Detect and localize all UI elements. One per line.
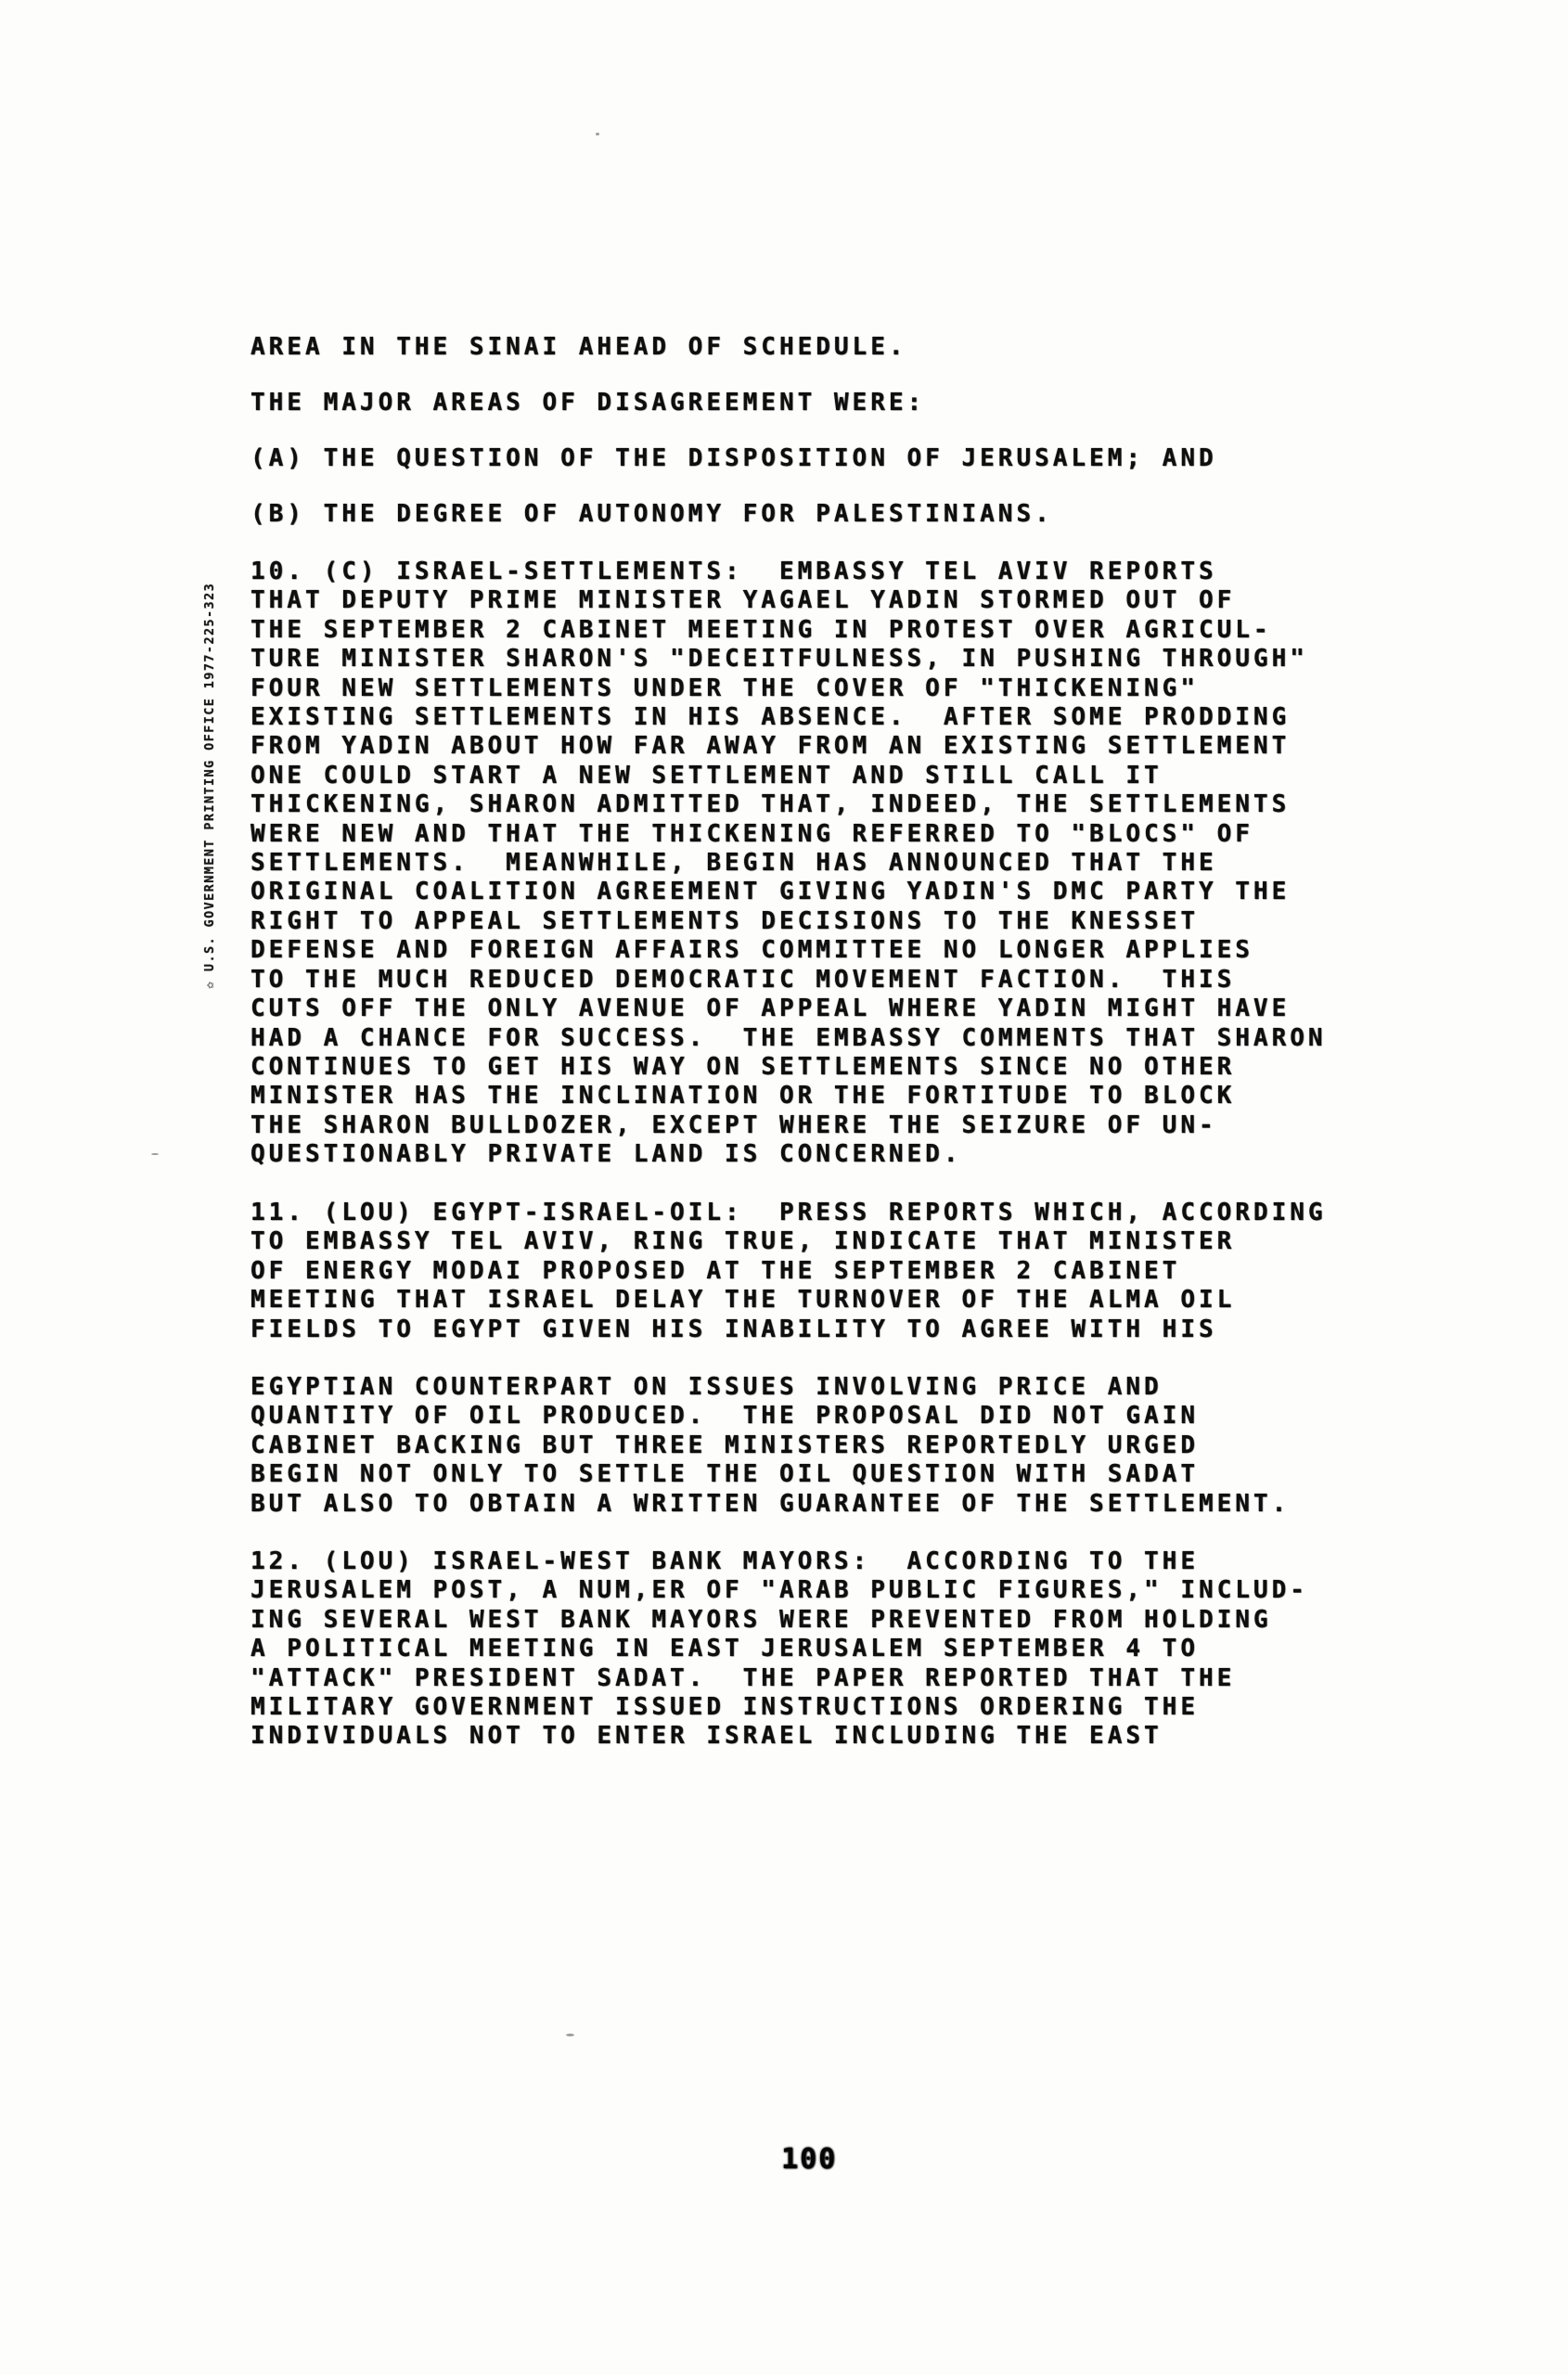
text-line: TURE MINISTER SHARON'S "DECEITFULNESS, I… [251,645,1327,674]
gpo-printing-office-note: ✩ U.S. GOVERNMENT PRINTING OFFICE 1977-2… [202,583,217,989]
text-line: CABINET BACKING BUT THREE MINISTERS REPO… [251,1431,1290,1460]
text-line: MEETING THAT ISRAEL DELAY THE TURNOVER O… [251,1286,1327,1315]
text-line: DEFENSE AND FOREIGN AFFAIRS COMMITTEE NO… [251,936,1327,965]
paragraph-12-israel-west-bank-mayors: 12. (LOU) ISRAEL-WEST BANK MAYORS: ACCOR… [251,1547,1308,1752]
text-line: AREA IN THE SINAI AHEAD OF SCHEDULE. [251,319,1217,375]
paragraph-11-continuation: EGYPTIAN COUNTERPART ON ISSUES INVOLVING… [251,1373,1290,1519]
text-line: RIGHT TO APPEAL SETTLEMENTS DECISIONS TO… [251,907,1327,936]
text-line: THE SHARON BULLDOZER, EXCEPT WHERE THE S… [251,1111,1327,1140]
scan-speck [566,2034,574,2036]
text-line: EXISTING SETTLEMENTS IN HIS ABSENCE. AFT… [251,703,1327,732]
text-line: TO THE MUCH REDUCED DEMOCRATIC MOVEMENT … [251,966,1327,995]
text-line: FIELDS TO EGYPT GIVEN HIS INABILITY TO A… [251,1316,1327,1344]
text-line: A POLITICAL MEETING IN EAST JERUSALEM SE… [251,1635,1308,1663]
text-line: QUESTIONABLY PRIVATE LAND IS CONCERNED. [251,1140,1327,1169]
text-line: CUTS OFF THE ONLY AVENUE OF APPEAL WHERE… [251,995,1327,1023]
text-line: THE MAJOR AREAS OF DISAGREEMENT WERE: [251,375,1217,430]
scan-speck [596,133,599,135]
text-line: JERUSALEM POST, A NUM,ER OF "ARAB PUBLIC… [251,1576,1308,1605]
text-line: OF ENERGY MODAI PROPOSED AT THE SEPTEMBE… [251,1257,1327,1286]
text-line: "ATTACK" PRESIDENT SADAT. THE PAPER REPO… [251,1664,1308,1693]
text-line: FOUR NEW SETTLEMENTS UNDER THE COVER OF … [251,674,1327,703]
text-line: SETTLEMENTS. MEANWHILE, BEGIN HAS ANNOUN… [251,849,1327,878]
text-line: ORIGINAL COALITION AGREEMENT GIVING YADI… [251,878,1327,906]
text-line: THE SEPTEMBER 2 CABINET MEETING IN PROTE… [251,616,1327,645]
text-line: THICKENING, SHARON ADMITTED THAT, INDEED… [251,790,1327,819]
text-line: ONE COULD START A NEW SETTLEMENT AND STI… [251,762,1327,790]
text-line: (B) THE DEGREE OF AUTONOMY FOR PALESTINI… [251,486,1217,542]
paragraph-11-egypt-israel-oil: 11. (LOU) EGYPT-ISRAEL-OIL: PRESS REPORT… [251,1199,1327,1344]
text-line: CONTINUES TO GET HIS WAY ON SETTLEMENTS … [251,1053,1327,1082]
intro-paragraph: AREA IN THE SINAI AHEAD OF SCHEDULE.THE … [251,319,1217,542]
text-line: MILITARY GOVERNMENT ISSUED INSTRUCTIONS … [251,1693,1308,1722]
text-line: THAT DEPUTY PRIME MINISTER YAGAEL YADIN … [251,586,1327,615]
scanned-document-page: ✩ U.S. GOVERNMENT PRINTING OFFICE 1977-2… [0,0,1568,2375]
paragraph-10-israel-settlements: 10. (C) ISRAEL-SETTLEMENTS: EMBASSY TEL … [251,558,1327,1170]
text-line: MINISTER HAS THE INCLINATION OR THE FORT… [251,1082,1327,1110]
text-line: BEGIN NOT ONLY TO SETTLE THE OIL QUESTIO… [251,1460,1290,1489]
page-number: 100 [781,2143,837,2176]
text-line: (A) THE QUESTION OF THE DISPOSITION OF J… [251,430,1217,486]
text-line: FROM YADIN ABOUT HOW FAR AWAY FROM AN EX… [251,732,1327,761]
text-line: 10. (C) ISRAEL-SETTLEMENTS: EMBASSY TEL … [251,558,1327,586]
text-line: INDIVIDUALS NOT TO ENTER ISRAEL INCLUDIN… [251,1722,1308,1751]
text-line: QUANTITY OF OIL PRODUCED. THE PROPOSAL D… [251,1402,1290,1431]
text-line: HAD A CHANCE FOR SUCCESS. THE EMBASSY CO… [251,1024,1327,1053]
text-line: TO EMBASSY TEL AVIV, RING TRUE, INDICATE… [251,1227,1327,1256]
text-line: WERE NEW AND THAT THE THICKENING REFERRE… [251,820,1327,849]
text-line: EGYPTIAN COUNTERPART ON ISSUES INVOLVING… [251,1373,1290,1402]
text-line: 12. (LOU) ISRAEL-WEST BANK MAYORS: ACCOR… [251,1547,1308,1576]
text-line: 11. (LOU) EGYPT-ISRAEL-OIL: PRESS REPORT… [251,1199,1327,1227]
text-line: ING SEVERAL WEST BANK MAYORS WERE PREVEN… [251,1606,1308,1635]
text-line: BUT ALSO TO OBTAIN A WRITTEN GUARANTEE O… [251,1490,1290,1519]
scan-speck [151,1153,159,1155]
